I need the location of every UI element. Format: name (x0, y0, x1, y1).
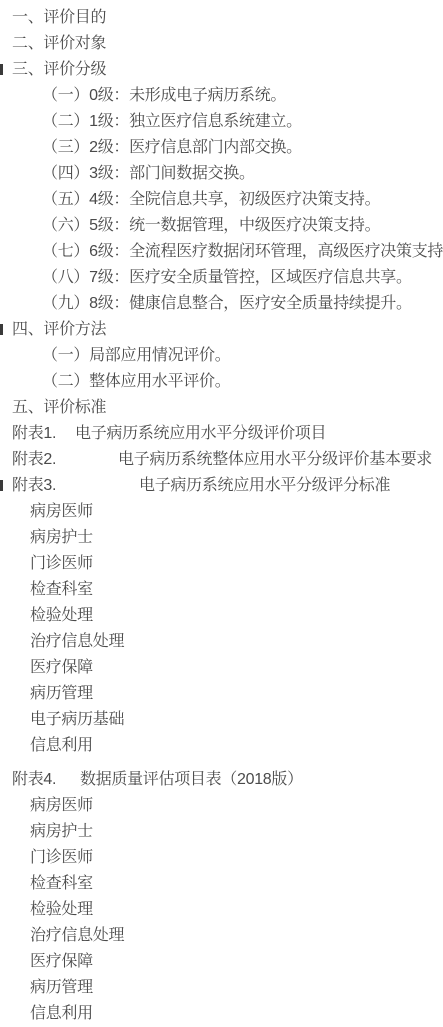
outline-subitem: （七）6级：全流程医疗数据闭环管理，高级医疗决策支持。 (0, 239, 443, 265)
outline-category-item: 治疗信息处理 (0, 923, 443, 949)
outline-text: 病房医师 (30, 797, 93, 814)
outline-subitem: （二）整体应用水平评价。 (0, 369, 443, 395)
edge-marker-fragment-icon (0, 480, 3, 491)
outline-category-item: 检验处理 (0, 897, 443, 923)
outline-text: 治疗信息处理 (30, 927, 124, 944)
outline-text: 病房护士 (30, 823, 93, 840)
outline-heading: 五、评价标准 (0, 395, 443, 421)
outline-text: （八）7级：医疗安全质量管控，区域医疗信息共享。 (42, 269, 412, 286)
appendix-title: 电子病历系统应用水平分级评价项目 (75, 421, 326, 447)
outline-text: （一）0级：未形成电子病历系统。 (42, 87, 286, 104)
outline-category-item: 检查科室 (0, 871, 443, 897)
outline-text: 治疗信息处理 (30, 633, 124, 650)
appendix-heading: 附表1.电子病历系统应用水平分级评价项目 (0, 421, 443, 447)
outline-subitem: （八）7级：医疗安全质量管控，区域医疗信息共享。 (0, 265, 443, 291)
outline-text: 病房医师 (30, 503, 93, 520)
outline-text: （九）8级：健康信息整合，医疗安全质量持续提升。 (42, 295, 412, 312)
outline-category-item: 门诊医师 (0, 845, 443, 871)
outline-heading: 二、评价对象 (0, 31, 443, 57)
outline-text: 五、评价标准 (12, 399, 106, 416)
outline-category-item: 病历管理 (0, 681, 443, 707)
outline-text: 检查科室 (30, 875, 93, 892)
outline-category-item: 病房医师 (0, 499, 443, 525)
outline-category-item: 门诊医师 (0, 551, 443, 577)
appendix-heading: 附表4.数据质量评估项目表（2018版） (0, 767, 443, 793)
outline-subitem: （九）8级：健康信息整合，医疗安全质量持续提升。 (0, 291, 443, 317)
appendix-label: 附表4. (12, 771, 56, 788)
outline-text: 检查科室 (30, 581, 93, 598)
appendix-label: 附表1. (12, 425, 56, 442)
outline-heading: 三、评价分级 (0, 57, 443, 83)
outline-category-item: 治疗信息处理 (0, 629, 443, 655)
outline-text: （五）4级：全院信息共享，初级医疗决策支持。 (42, 191, 380, 208)
appendix-heading: 附表3.电子病历系统应用水平分级评分标准 (0, 473, 443, 499)
outline-text: 检验处理 (30, 901, 93, 918)
outline-text: （二）1级：独立医疗信息系统建立。 (42, 113, 302, 130)
outline-text: 二、评价对象 (12, 35, 106, 52)
outline-subitem: （五）4级：全院信息共享，初级医疗决策支持。 (0, 187, 443, 213)
appendix-label: 附表3. (12, 477, 56, 494)
outline-subitem: （一）局部应用情况评价。 (0, 343, 443, 369)
outline-text: （六）5级：统一数据管理，中级医疗决策支持。 (42, 217, 380, 234)
outline-text: 医疗保障 (30, 953, 93, 970)
outline-heading: 一、评价目的 (0, 5, 443, 31)
outline-subitem: （三）2级：医疗信息部门内部交换。 (0, 135, 443, 161)
outline-text: 电子病历基础 (30, 711, 124, 728)
outline-text: 门诊医师 (30, 555, 93, 572)
edge-marker-fragment-icon (0, 64, 3, 75)
outline-text: 医疗保障 (30, 659, 93, 676)
document-page: 一、评价目的二、评价对象三、评价分级（一）0级：未形成电子病历系统。（二）1级：… (0, 0, 443, 1027)
outline-category-item: 医疗保障 (0, 655, 443, 681)
outline-subitem: （一）0级：未形成电子病历系统。 (0, 83, 443, 109)
outline-text: 一、评价目的 (12, 9, 106, 26)
outline-text: 检验处理 (30, 607, 93, 624)
outline-category-item: 信息利用 (0, 733, 443, 759)
outline-subitem: （二）1级：独立医疗信息系统建立。 (0, 109, 443, 135)
appendix-title: 电子病历系统应用水平分级评分标准 (139, 473, 390, 499)
appendix-heading: 附表2.电子病历系统整体应用水平分级评价基本要求 (0, 447, 443, 473)
outline-category-item: 信息利用 (0, 1001, 443, 1027)
outline-category-item: 病房医师 (0, 793, 443, 819)
outline-text: 信息利用 (30, 737, 93, 754)
outline-category-item: 病房护士 (0, 819, 443, 845)
outline-text: （二）整体应用水平评价。 (42, 373, 230, 390)
outline-text: 信息利用 (30, 1005, 93, 1022)
outline-text: 病房护士 (30, 529, 93, 546)
edge-marker-fragment-icon (0, 324, 3, 335)
outline-text: 四、评价方法 (12, 321, 106, 338)
outline-subitem: （四）3级：部门间数据交换。 (0, 161, 443, 187)
outline-text: （三）2级：医疗信息部门内部交换。 (42, 139, 302, 156)
outline-text: 病历管理 (30, 685, 93, 702)
appendix-label: 附表2. (12, 451, 56, 468)
outline-category-item: 病房护士 (0, 525, 443, 551)
appendix-title: 电子病历系统整体应用水平分级评价基本要求 (118, 447, 432, 473)
document-outline: 一、评价目的二、评价对象三、评价分级（一）0级：未形成电子病历系统。（二）1级：… (0, 0, 443, 1027)
outline-category-item: 电子病历基础 (0, 707, 443, 733)
outline-text: 三、评价分级 (12, 61, 106, 78)
outline-text: （七）6级：全流程医疗数据闭环管理，高级医疗决策支持。 (42, 243, 443, 260)
appendix-title: 数据质量评估项目表（2018版） (80, 767, 303, 793)
outline-category-item: 检查科室 (0, 577, 443, 603)
outline-text: 门诊医师 (30, 849, 93, 866)
outline-category-item: 病历管理 (0, 975, 443, 1001)
outline-text: 病历管理 (30, 979, 93, 996)
outline-text: （一）局部应用情况评价。 (42, 347, 230, 364)
outline-text: （四）3级：部门间数据交换。 (42, 165, 255, 182)
outline-subitem: （六）5级：统一数据管理，中级医疗决策支持。 (0, 213, 443, 239)
outline-category-item: 医疗保障 (0, 949, 443, 975)
outline-heading: 四、评价方法 (0, 317, 443, 343)
outline-category-item: 检验处理 (0, 603, 443, 629)
